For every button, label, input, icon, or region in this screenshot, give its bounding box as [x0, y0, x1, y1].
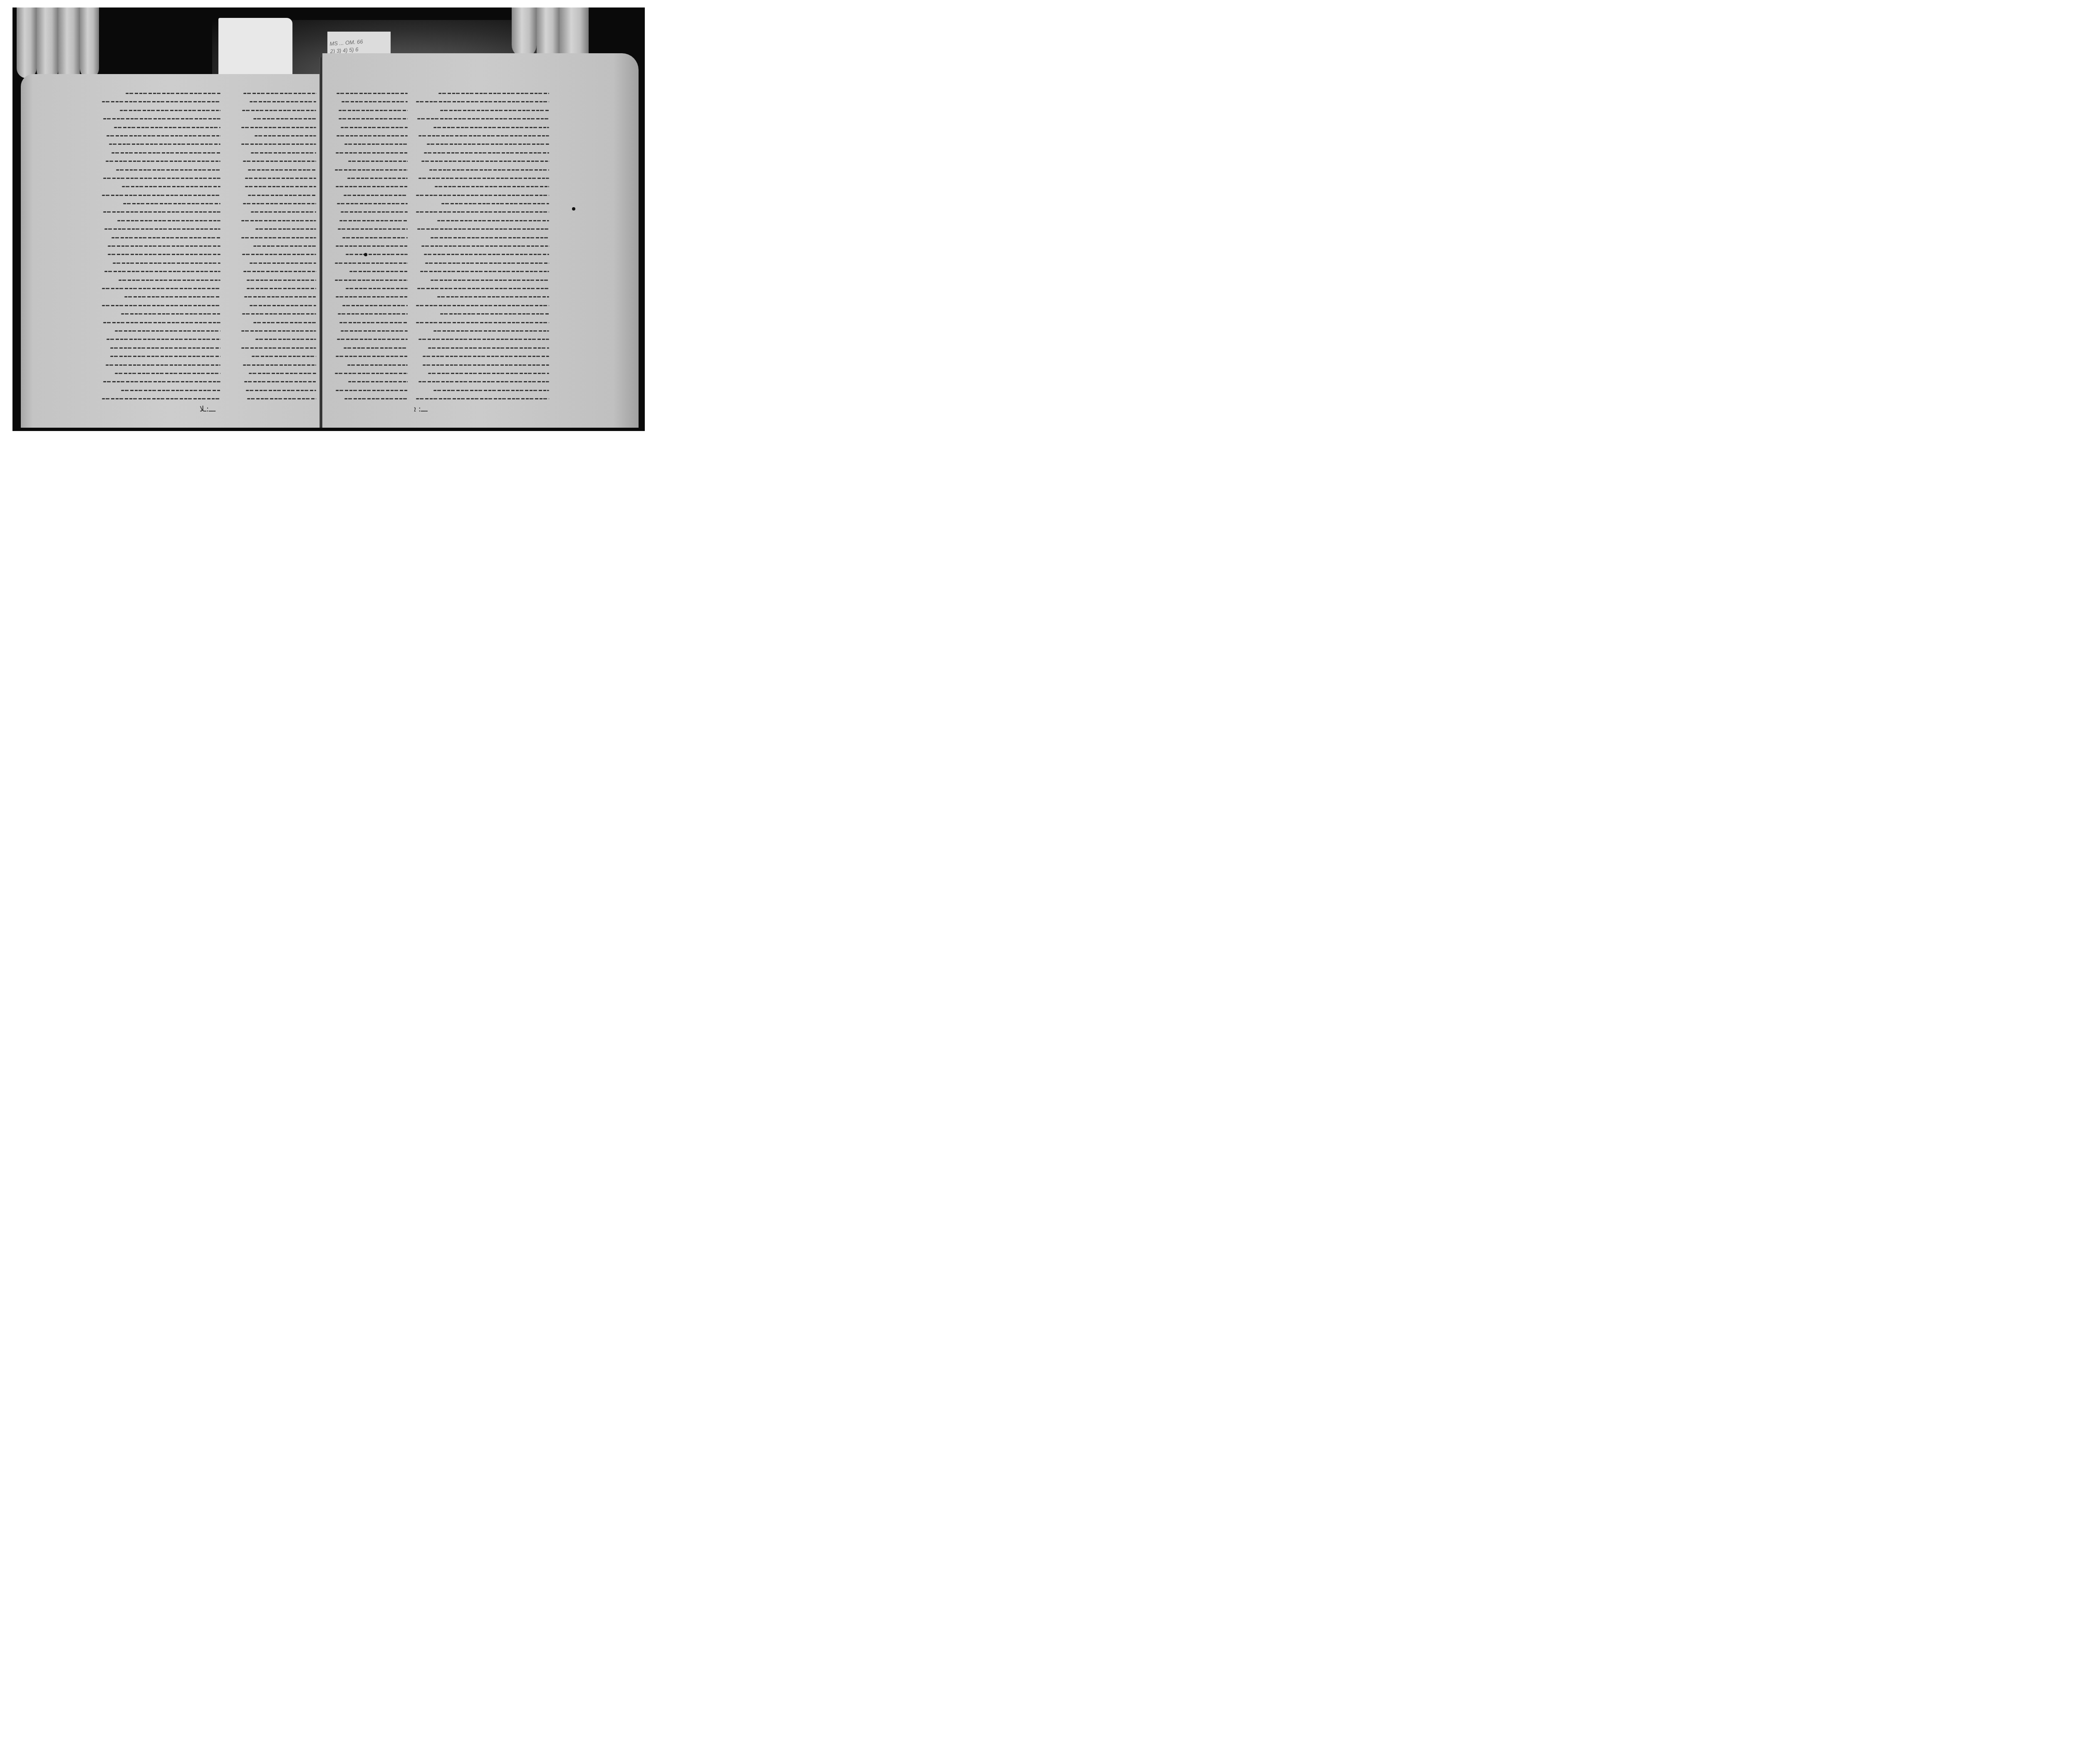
script-line [120, 110, 220, 111]
script-line [243, 161, 316, 162]
script-line [243, 203, 316, 204]
script-line [245, 178, 316, 179]
script-line [437, 296, 549, 297]
script-line [339, 220, 408, 221]
script-line [433, 330, 549, 332]
photo-frame: MS ... OM. 66 2) 3) 4) 5) 6 ـــ:ـلا ـــ:… [0, 0, 656, 441]
script-line [336, 186, 408, 187]
script-line [250, 305, 316, 306]
script-line [428, 347, 549, 349]
script-line [342, 237, 408, 238]
script-line [103, 381, 220, 382]
left-page-column-1 [102, 93, 220, 406]
script-line [335, 263, 408, 264]
script-line [253, 245, 316, 247]
script-line [435, 186, 549, 187]
script-line [250, 101, 316, 102]
script-line [425, 263, 549, 264]
script-line [339, 118, 408, 119]
right-page: ـــ: ܐ [322, 53, 639, 428]
script-line [341, 127, 408, 128]
script-line [417, 228, 549, 230]
left-page: ـــ:ـلا [21, 74, 319, 428]
script-line [423, 364, 549, 366]
script-line [102, 195, 220, 196]
script-line [102, 305, 220, 306]
script-line [429, 169, 549, 171]
script-line [336, 152, 408, 154]
slip-label-text: MS ... OM. 66 2) 3) 4) 5) 6 [329, 38, 364, 55]
finger [512, 7, 537, 57]
script-line [341, 211, 408, 213]
script-line [433, 127, 549, 128]
script-line [416, 211, 549, 213]
script-line [243, 271, 316, 272]
ink-spot [364, 253, 367, 256]
script-line [248, 195, 316, 196]
script-line [341, 330, 408, 332]
script-line [242, 313, 316, 315]
script-line [115, 373, 220, 374]
script-line [106, 135, 220, 136]
script-line [251, 211, 316, 213]
script-line [244, 296, 316, 297]
script-line [438, 93, 549, 94]
script-line [110, 356, 220, 357]
right-page-column-1 [335, 93, 408, 406]
script-line [423, 356, 549, 357]
script-line [104, 228, 220, 230]
script-line [417, 118, 549, 119]
script-line [337, 135, 408, 136]
script-line [111, 152, 220, 154]
script-line [417, 288, 549, 289]
script-line [106, 161, 220, 162]
script-line [349, 271, 408, 272]
script-line [336, 390, 408, 391]
script-line [337, 203, 408, 204]
script-line [416, 305, 549, 306]
script-line [113, 263, 220, 264]
script-line [338, 228, 408, 230]
script-line [416, 195, 549, 196]
script-line [103, 178, 220, 179]
script-line [251, 152, 316, 154]
script-line [117, 220, 220, 221]
script-line [102, 398, 220, 399]
script-line [247, 288, 316, 289]
script-line [115, 330, 220, 332]
left-page-column-2 [241, 93, 316, 406]
script-line [416, 101, 549, 102]
script-line [241, 144, 316, 145]
script-line [416, 398, 549, 399]
script-line [243, 364, 316, 366]
script-line [418, 339, 549, 340]
script-line [253, 118, 316, 119]
catchword-right: ـــ: ܐ [414, 405, 428, 414]
script-line [103, 322, 220, 323]
script-line [255, 135, 316, 136]
script-line [440, 313, 549, 315]
script-line [247, 280, 316, 281]
script-line [344, 195, 408, 196]
script-line [428, 373, 549, 374]
script-line [124, 296, 220, 297]
script-line [249, 373, 316, 374]
script-line [431, 280, 549, 281]
script-line [243, 93, 316, 94]
script-line [418, 381, 549, 382]
script-line [241, 330, 316, 332]
script-line [114, 127, 221, 128]
script-line [109, 144, 220, 145]
script-line [421, 161, 549, 162]
catchword-left: ـــ:ـلا [200, 405, 215, 414]
script-line [108, 245, 220, 247]
script-line [335, 280, 408, 281]
script-line [102, 101, 220, 102]
script-line [348, 161, 408, 162]
script-line [250, 263, 316, 264]
right-page-column-2 [416, 93, 549, 406]
script-line [424, 152, 549, 154]
script-line [253, 322, 316, 323]
script-line [416, 322, 549, 323]
script-line [335, 169, 408, 171]
script-line [433, 390, 549, 391]
script-line [418, 178, 549, 179]
script-line [424, 254, 549, 255]
script-line [346, 254, 408, 255]
ink-spot [572, 207, 575, 211]
script-line [338, 313, 408, 315]
script-line [344, 144, 408, 145]
script-line [103, 211, 220, 213]
script-line [342, 101, 408, 102]
finger [37, 7, 58, 80]
script-line [242, 110, 316, 111]
script-line [421, 245, 549, 247]
script-line [337, 339, 408, 340]
script-line [248, 169, 316, 171]
script-line [247, 398, 316, 399]
script-line [252, 356, 316, 357]
script-line [104, 271, 220, 272]
script-line [244, 381, 316, 382]
manuscript-photo: MS ... OM. 66 2) 3) 4) 5) 6 ـــ:ـلا ـــ:… [12, 7, 645, 431]
script-line [336, 245, 408, 247]
script-line [102, 288, 220, 289]
script-line [116, 169, 220, 171]
script-line [241, 347, 316, 349]
script-line [255, 339, 316, 340]
script-line [441, 203, 549, 204]
script-line [342, 305, 408, 306]
script-line [121, 313, 220, 315]
script-line [121, 390, 220, 391]
script-line [108, 254, 220, 255]
script-line [427, 144, 549, 145]
script-line [344, 347, 408, 349]
script-line [126, 93, 220, 94]
finger [17, 7, 37, 78]
script-line [119, 280, 220, 281]
script-line [346, 288, 408, 289]
script-line [347, 364, 408, 366]
script-line [348, 381, 408, 382]
script-line [106, 339, 220, 340]
script-line [336, 296, 408, 297]
script-line [344, 398, 408, 399]
script-line [337, 93, 408, 94]
script-line [336, 356, 408, 357]
script-line [440, 110, 549, 111]
script-line [103, 118, 220, 119]
script-line [123, 203, 220, 204]
script-line [246, 390, 316, 391]
script-line [245, 186, 316, 187]
script-line [242, 254, 316, 255]
script-line [110, 347, 220, 349]
script-line [420, 271, 549, 272]
script-line [431, 237, 549, 238]
script-line [122, 186, 220, 187]
script-line [437, 220, 549, 221]
script-line [255, 228, 316, 230]
script-line [339, 110, 408, 111]
script-line [347, 178, 408, 179]
script-line [241, 237, 316, 238]
script-line [339, 322, 408, 323]
finger [58, 7, 80, 84]
script-line [241, 220, 316, 221]
script-line [106, 364, 220, 366]
script-line [335, 373, 408, 374]
script-line [418, 135, 549, 136]
script-line [241, 127, 316, 128]
script-line [111, 237, 220, 238]
finger [80, 7, 99, 78]
